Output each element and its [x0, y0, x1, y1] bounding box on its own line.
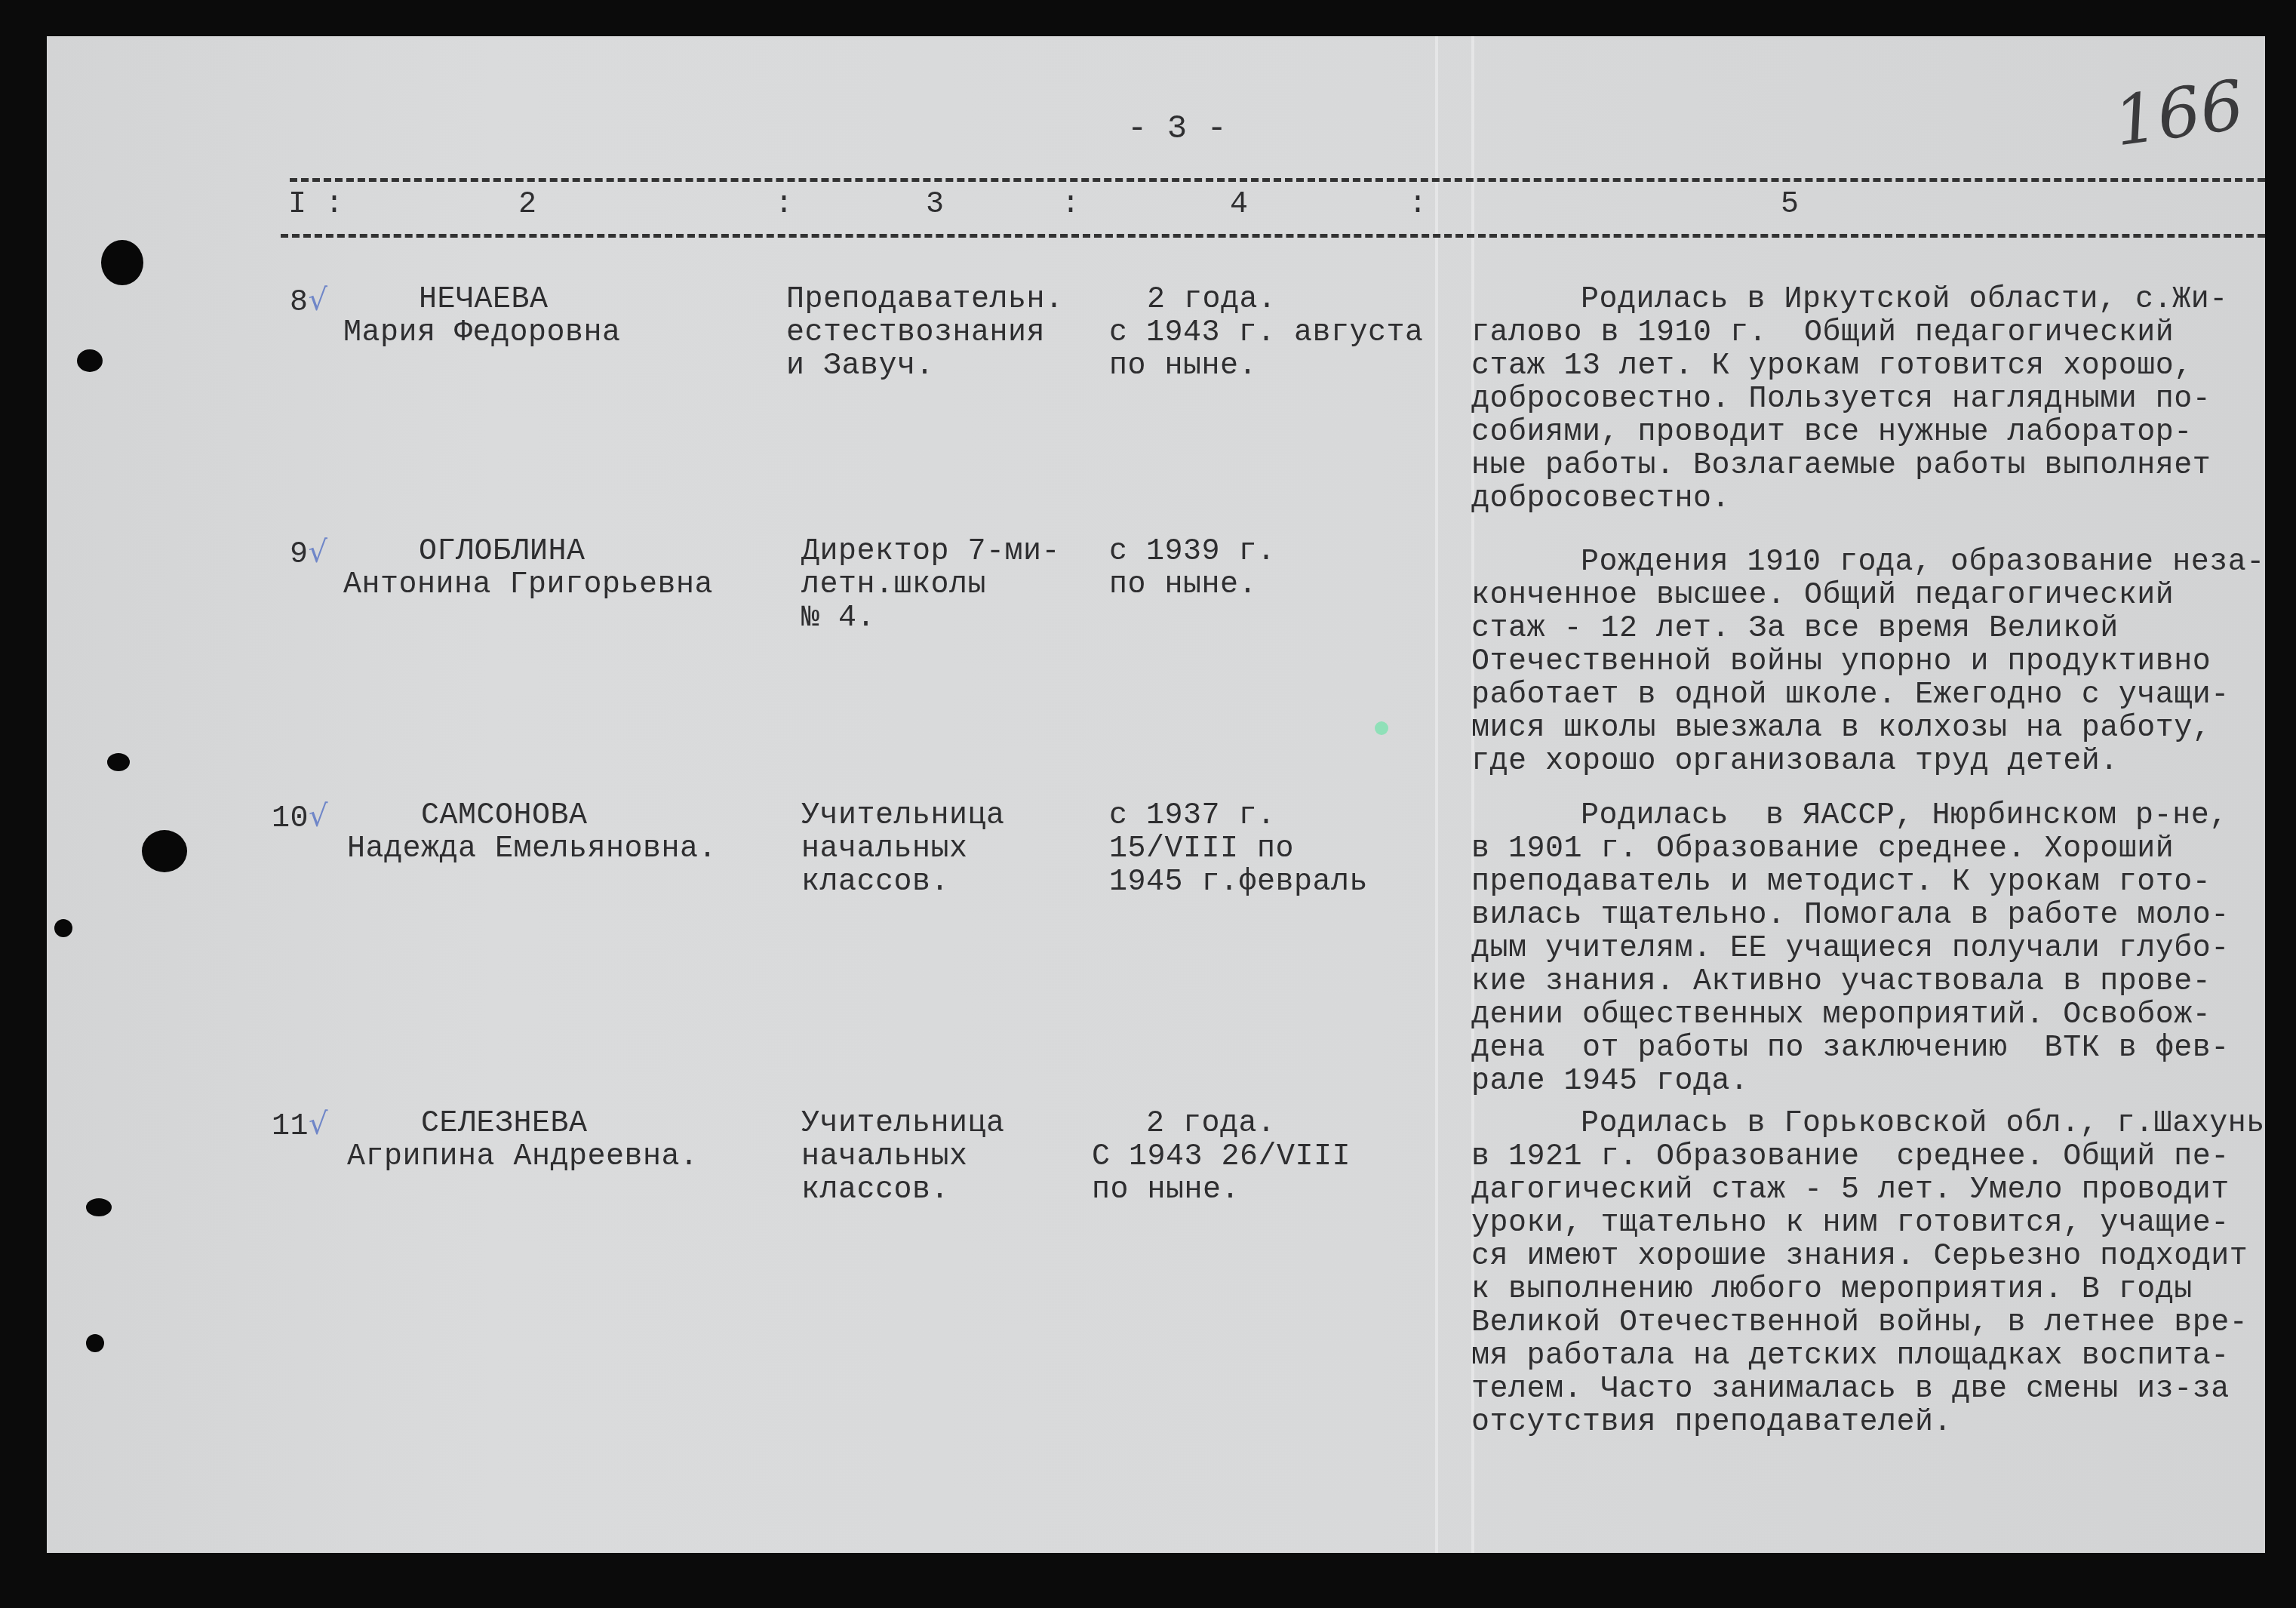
handwritten-folio-number: 166 [2110, 66, 2249, 162]
checkmark-icon: √ [309, 535, 328, 570]
green-speck [1375, 721, 1388, 735]
header-top-rule [290, 178, 2288, 182]
surname: САМСОНОВА [421, 800, 588, 833]
column-header-5: 5 [1781, 189, 1800, 222]
column-header-3: 3 [926, 189, 945, 222]
punch-hole [54, 919, 72, 937]
tenure: с 1937 г.15/VIII по1945 г.февраль [1109, 800, 1368, 899]
row-number: 11 [272, 1110, 309, 1144]
column-header-2: 2 [518, 189, 537, 222]
punch-hole [101, 240, 143, 285]
column-header-1: I : [288, 189, 344, 222]
page-number: - 3 - [1127, 110, 1227, 148]
given-name: Мария Федоровна [343, 317, 621, 350]
row-number: 8 [290, 286, 309, 320]
surname: ОГЛОБЛИНА [419, 536, 586, 569]
row-number: 9 [290, 538, 309, 572]
paper-fold-line [1435, 36, 1438, 1553]
position: Преподавательн.естествознанияи Завуч. [786, 284, 1064, 383]
punch-hole [107, 753, 130, 771]
header-bottom-rule [281, 234, 2288, 238]
position: Учительницаначальныхклассов. [801, 800, 1005, 899]
tenure: с 1939 г.по ныне. [1109, 536, 1276, 602]
description: Родилась в Иркутской области, с.Жи-галов… [1471, 284, 2228, 516]
position: Учительницаначальныхклассов. [801, 1108, 1005, 1207]
checkmark-icon: √ [309, 799, 328, 834]
column-header-4: 4 [1230, 189, 1249, 222]
column-separator: : [775, 189, 794, 222]
checkmark-icon: √ [309, 283, 328, 318]
surname: СЕЛЕЗНЕВА [421, 1108, 588, 1141]
column-separator: : [1062, 189, 1080, 222]
position: Директор 7-ми-летн.школы№ 4. [801, 536, 1060, 635]
document-page: - 3 - 166 I : 2 : 3 : 4 : 5 8√ НЕЧАЕВА М… [47, 36, 2265, 1553]
given-name: Антонина Григорьевна [343, 569, 713, 602]
description: Рождения 1910 года, образование неза-кон… [1471, 546, 2265, 779]
given-name: Агрипина Андреевна. [347, 1141, 699, 1174]
surname: НЕЧАЕВА [419, 284, 549, 317]
given-name: Надежда Емельяновна. [347, 833, 717, 866]
punch-hole [86, 1334, 104, 1352]
row-number: 10 [272, 802, 309, 836]
tenure: 2 года.с 1943 г. августапо ныне. [1109, 284, 1424, 383]
tenure: 2 года.С 1943 26/VIIIпо ныне. [1092, 1108, 1351, 1207]
column-separator: : [1409, 189, 1428, 222]
description: Родилась в ЯАССР, Нюрбинском р-не,в 1901… [1471, 800, 2230, 1099]
description: Родилась в Горьковской обл., г.Шахунь,в … [1471, 1108, 2283, 1440]
checkmark-icon: √ [309, 1107, 328, 1142]
punch-hole [142, 830, 187, 872]
punch-hole [77, 349, 103, 372]
punch-hole [86, 1198, 112, 1216]
